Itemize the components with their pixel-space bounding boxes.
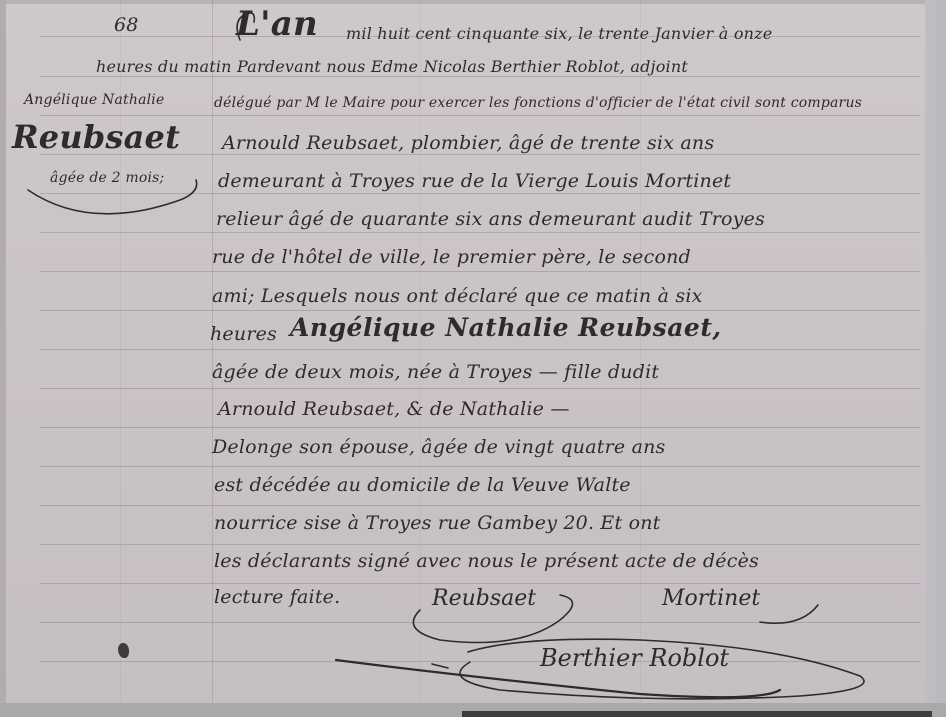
register-page-scan: 68 L'an Angélique Nathalie Reubsaet âgée… <box>0 0 946 717</box>
signature-flourishes <box>0 0 946 717</box>
scan-bottom-shadow <box>462 711 932 717</box>
ink-blot <box>118 643 129 658</box>
scan-right-edge <box>925 0 946 717</box>
